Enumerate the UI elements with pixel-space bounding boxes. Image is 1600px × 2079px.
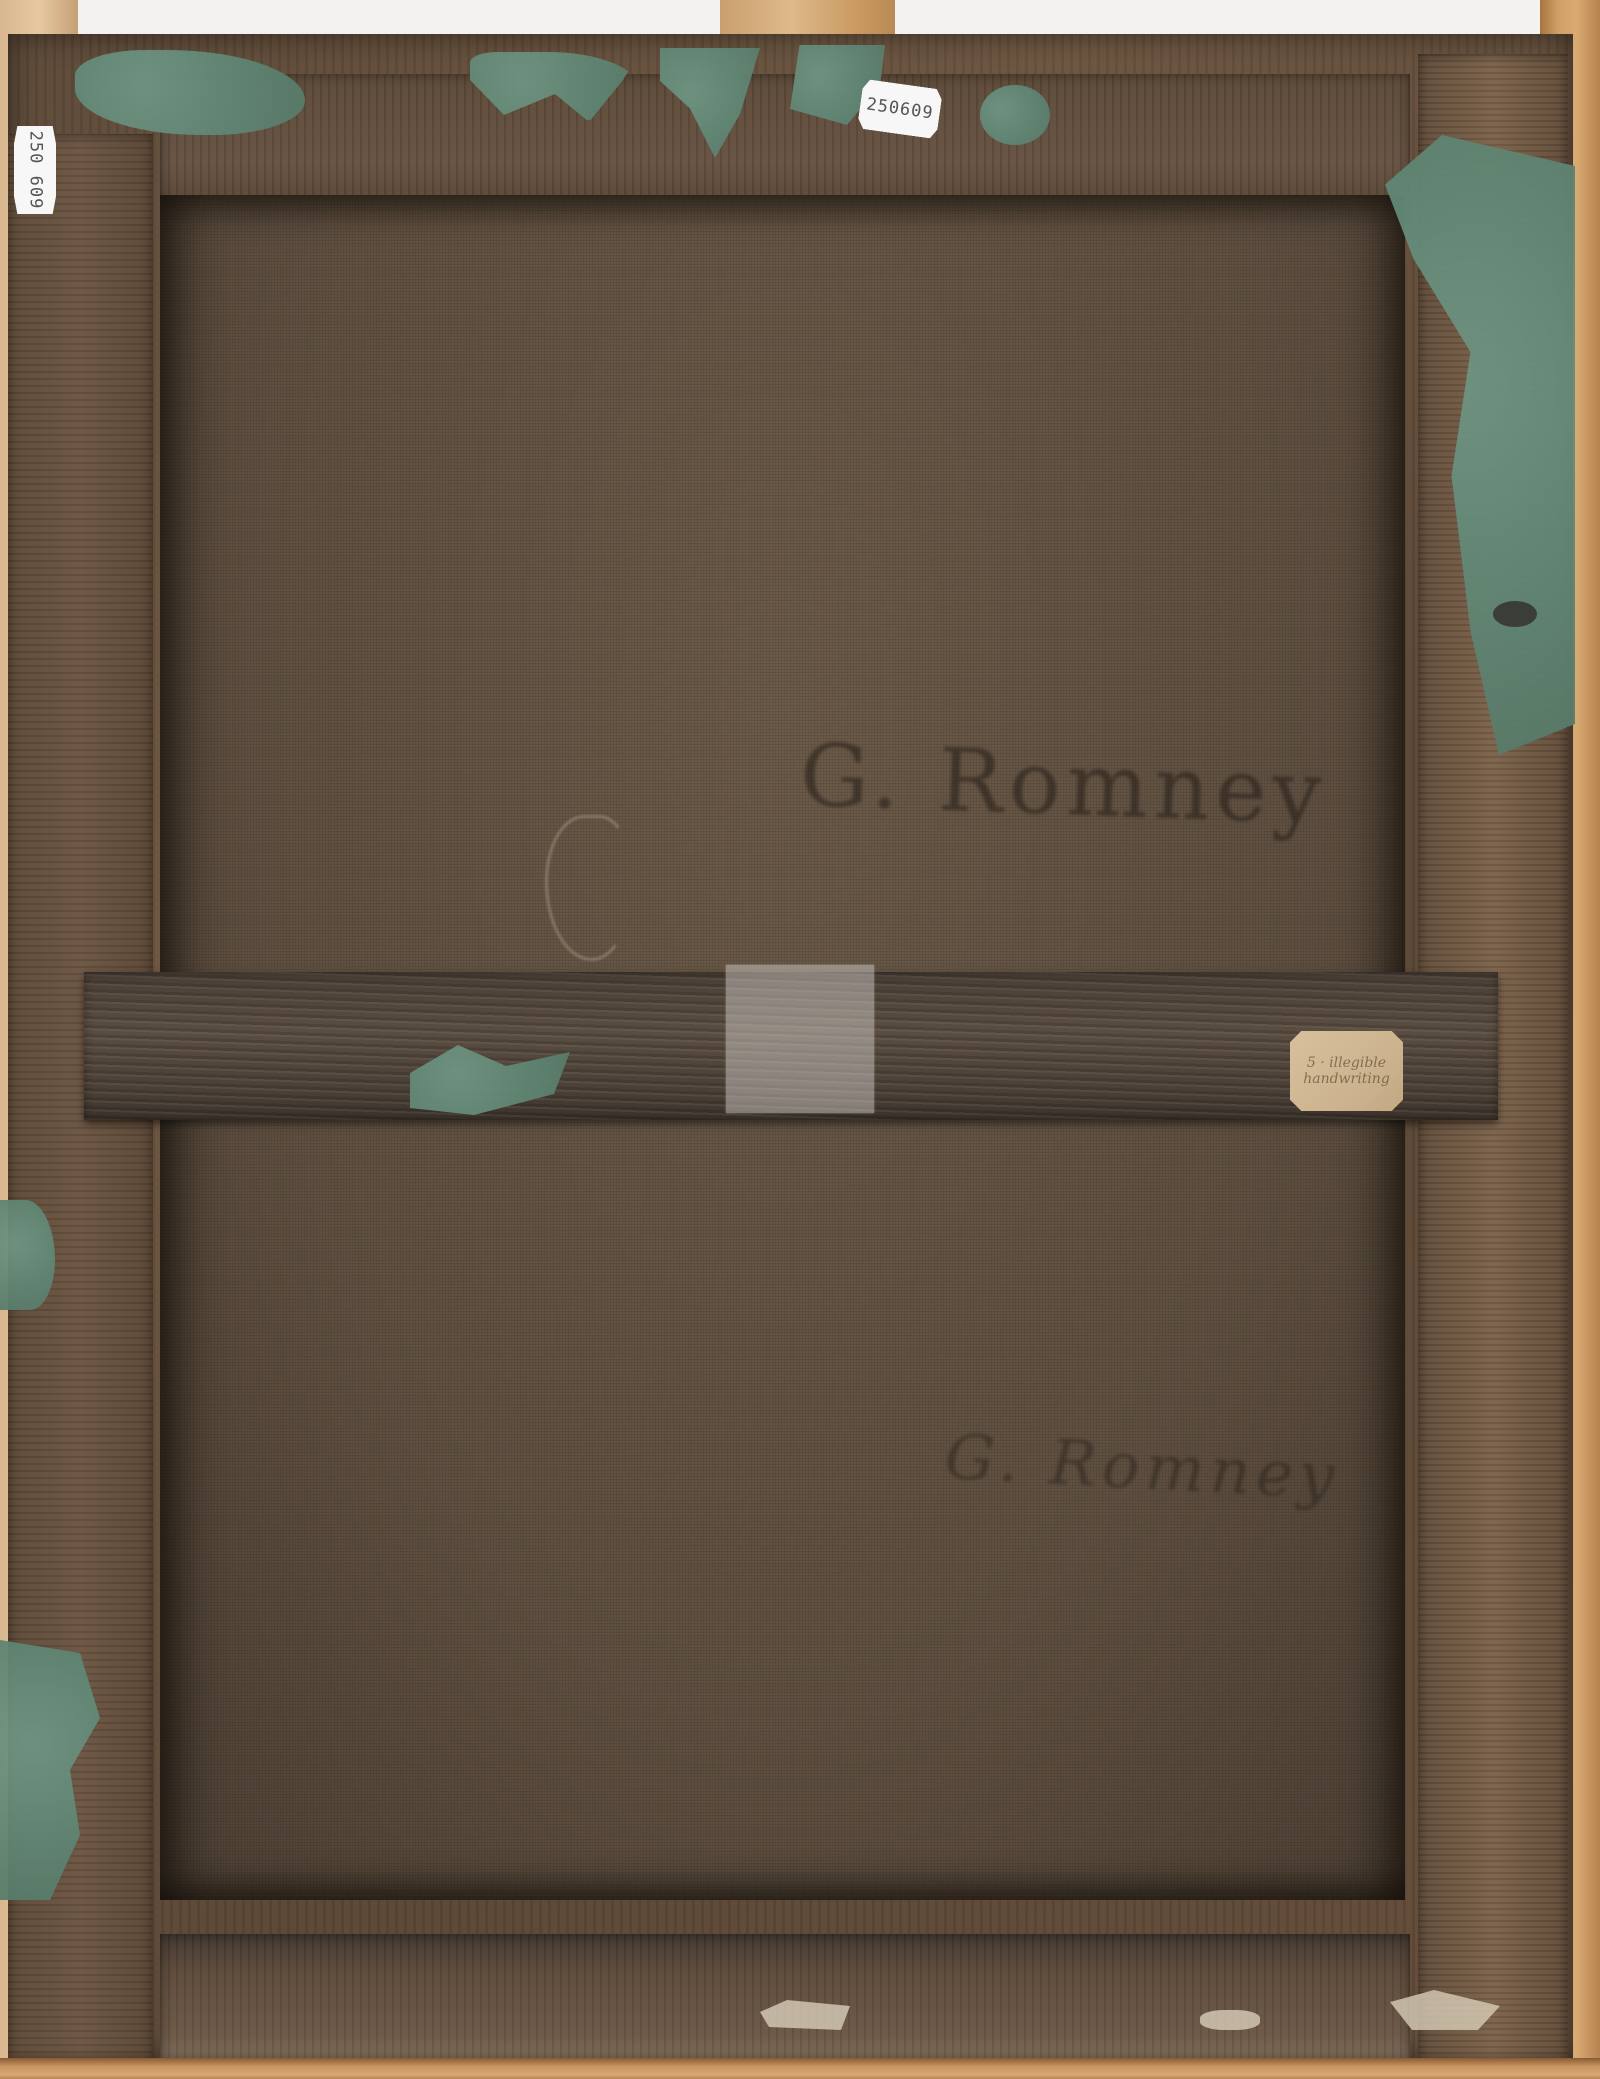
inventory-number: 250609 bbox=[865, 94, 935, 123]
chalk-mark bbox=[545, 815, 631, 961]
old-handwritten-label: 5 · illegible handwriting bbox=[1290, 1031, 1403, 1111]
inventory-number: 250 609 bbox=[25, 131, 45, 210]
nail-head bbox=[1493, 601, 1537, 627]
stretcher-bar-bottom bbox=[160, 1934, 1410, 2060]
flaking-paint bbox=[1200, 2010, 1260, 2030]
green-paper-remnant bbox=[980, 85, 1050, 145]
canvas-inscription-lower: G. Romney bbox=[943, 1420, 1341, 1514]
inventory-sticker-side: 250 609 bbox=[14, 126, 56, 214]
easel-base bbox=[0, 2058, 1600, 2079]
canvas-inscription-upper: G. Romney bbox=[798, 726, 1328, 844]
translucent-tape-square bbox=[726, 965, 874, 1113]
